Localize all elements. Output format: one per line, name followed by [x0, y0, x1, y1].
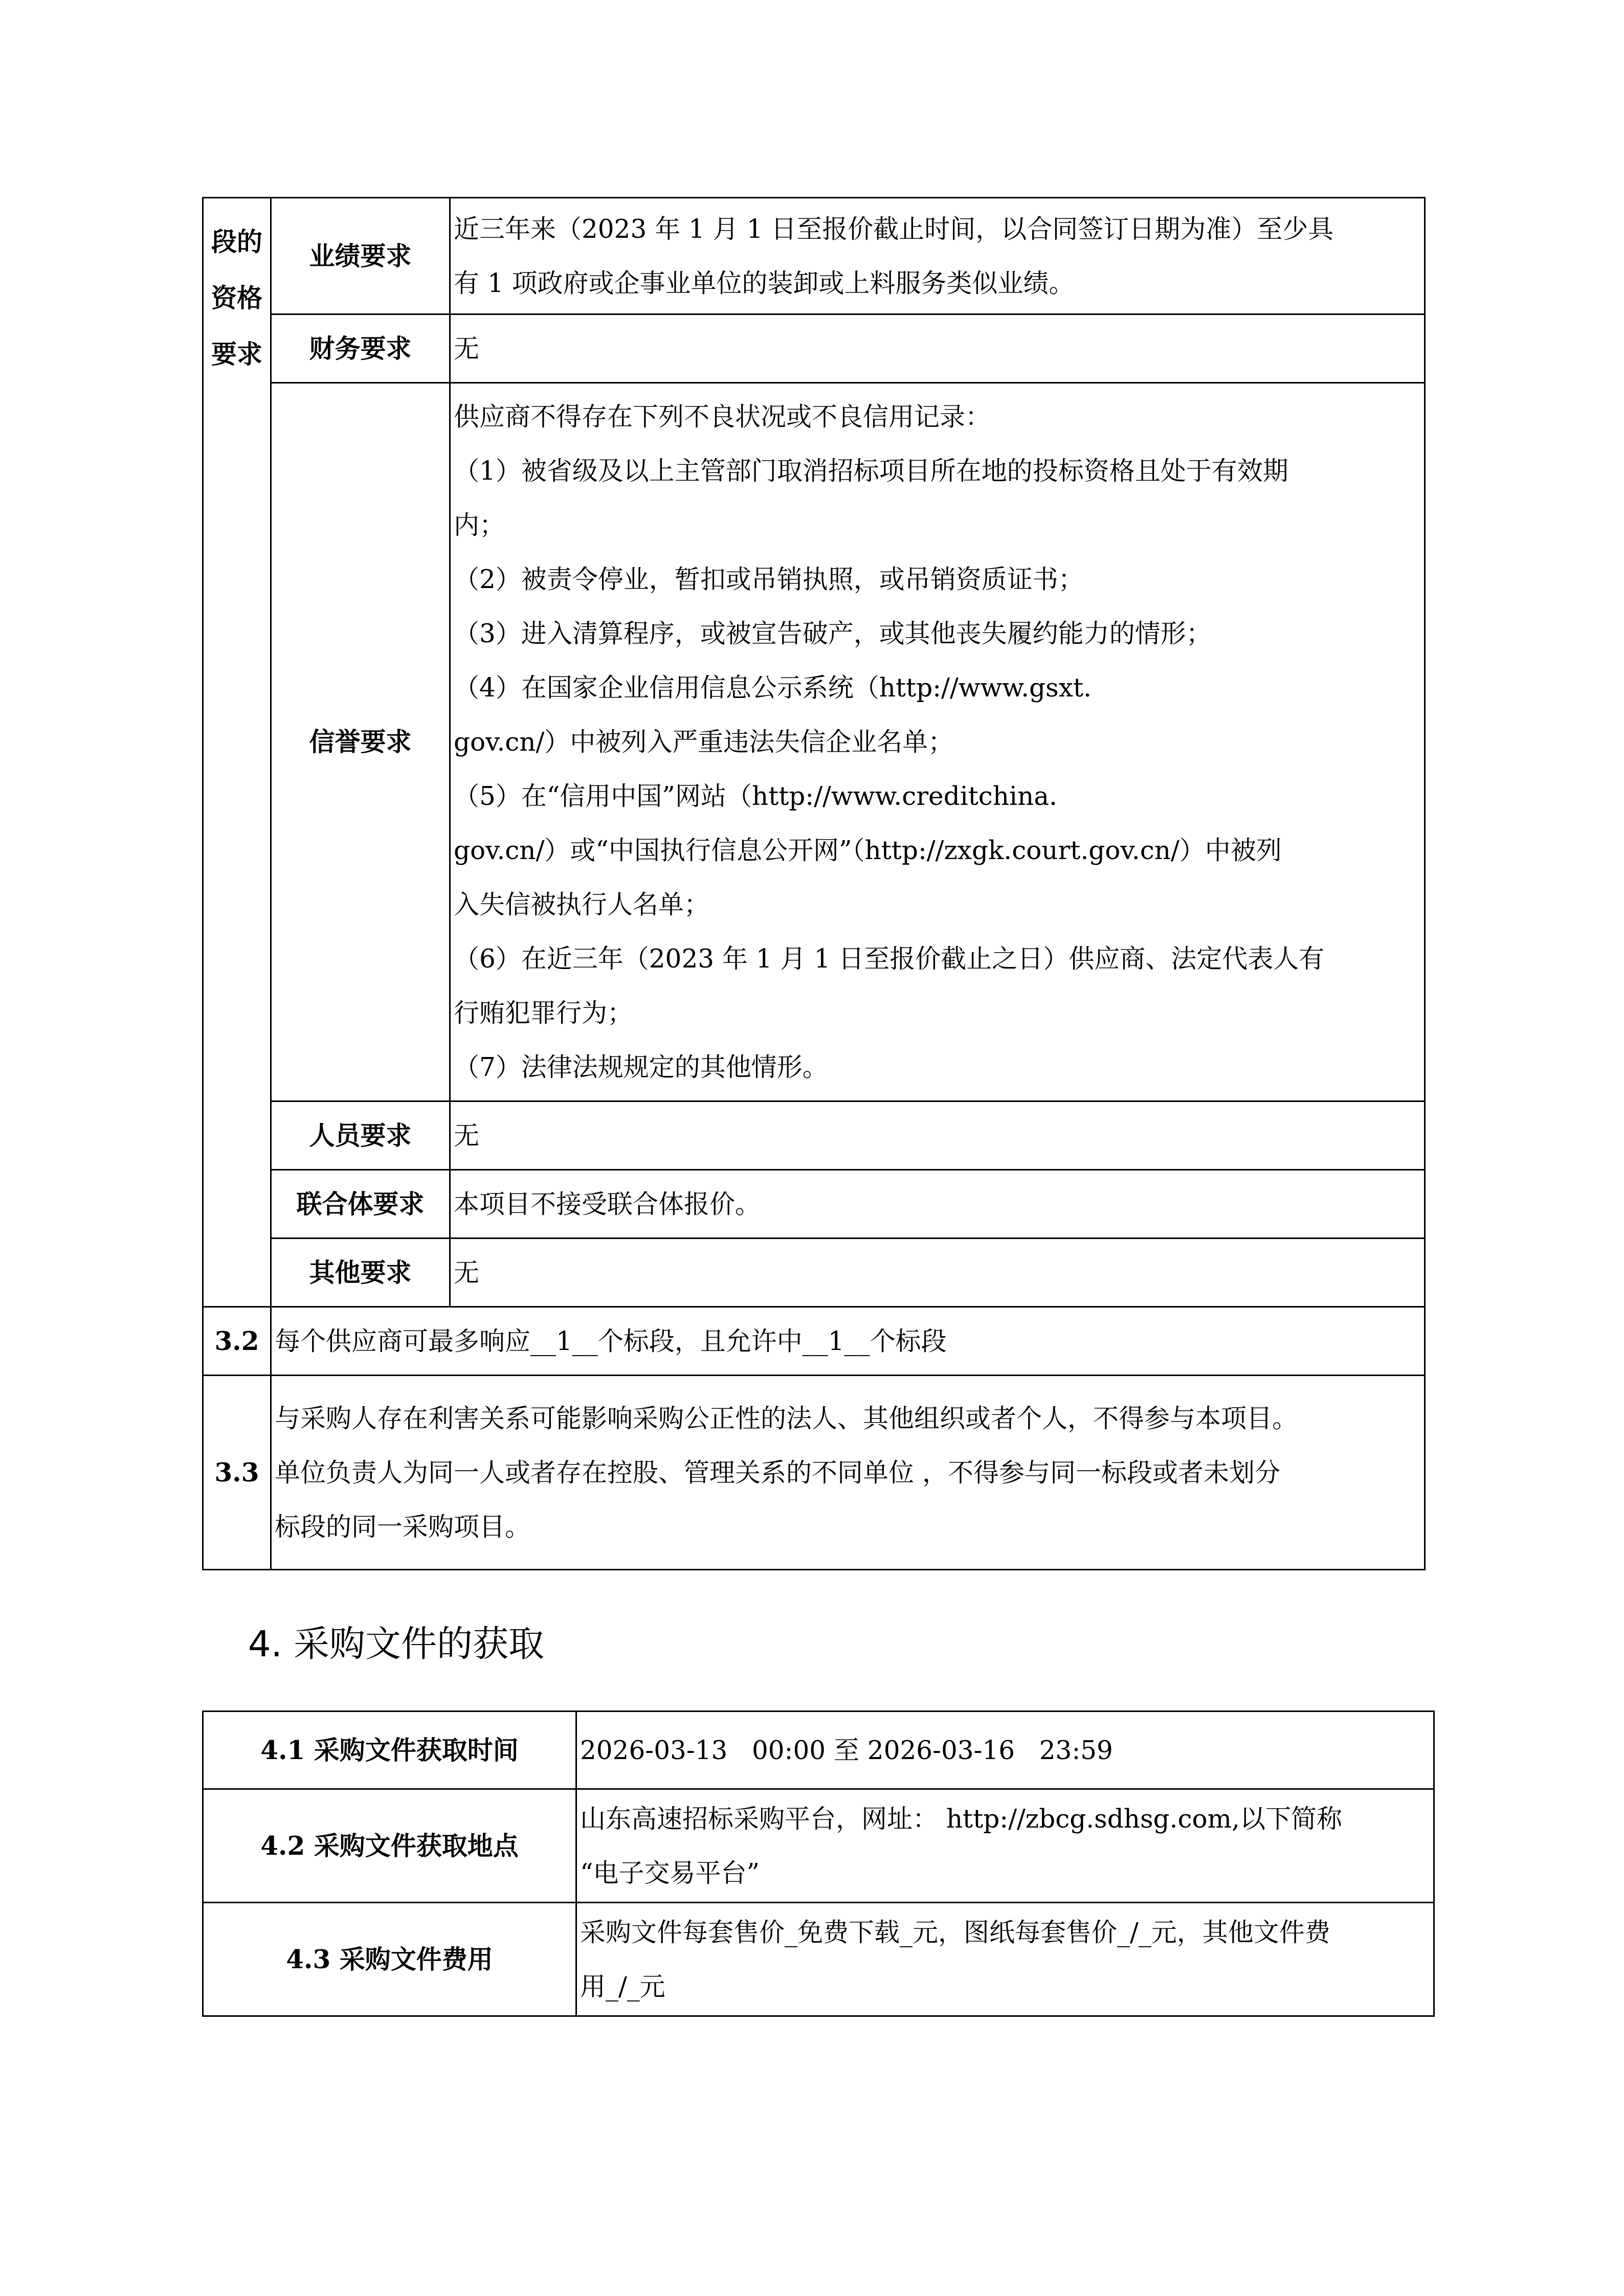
table-row-other: 其他要求 无 — [203, 1239, 1425, 1307]
row-value-personnel: 无 — [450, 1101, 1425, 1170]
value-line: gov.cn/）中被列入严重违法失信企业名单； — [454, 715, 1422, 769]
group-label-line: 段的 — [204, 214, 270, 270]
group-label-line: 要求 — [204, 326, 270, 382]
value-line: （2）被责令停业，暂扣或吊销执照，或吊销资质证书； — [454, 552, 1422, 606]
value-line: 与采购人存在利害关系可能影响采购公正性的法人、其他组织或者个人，不得参与本项目。 — [275, 1391, 1422, 1446]
value-line: 标段的同一采购项目。 — [275, 1500, 1422, 1554]
table-row-4-1: 4.1 采购文件获取时间 2026-03-13 00:00 至 2026-03-… — [203, 1712, 1434, 1789]
row-value-other: 无 — [450, 1239, 1425, 1307]
clause-text-part: 个标段 — [870, 1326, 947, 1356]
value-line: “电子交易平台” — [580, 1846, 1431, 1900]
value-line: 入失信被执行人名单； — [454, 877, 1422, 932]
value-line: 山东高速招标采购平台，网址： http://zbcg.sdhsg.com,以下简… — [580, 1792, 1431, 1846]
procurement-docs-table: 4.1 采购文件获取时间 2026-03-13 00:00 至 2026-03-… — [202, 1710, 1435, 2017]
value-line: 采购文件每套售价_免费下载_元，图纸每套售价_/_元，其他文件费 — [580, 1905, 1431, 1960]
value-line: （7）法律法规规定的其他情形。 — [454, 1040, 1422, 1094]
table-row-4-2: 4.2 采购文件获取地点 山东高速招标采购平台，网址： http://zbcg.… — [203, 1789, 1434, 1903]
row-label-finance: 财务要求 — [271, 314, 450, 383]
table-row-4-3: 4.3 采购文件费用 采购文件每套售价_免费下载_元，图纸每套售价_/_元，其他… — [203, 1903, 1434, 2016]
table-row-performance: 段的 资格 要求 业绩要求 近三年来（2023 年 1 月 1 日至报价截止时间… — [203, 198, 1425, 314]
clause-text-part: 每个供应商可最多响应 — [275, 1326, 530, 1356]
row-label-acquisition-place: 4.2 采购文件获取地点 — [203, 1789, 576, 1903]
value-line: 单位负责人为同一人或者存在控股、管理关系的不同单位 ，不得参与同一标段或者未划分 — [275, 1446, 1422, 1500]
row-value-acquisition-place: 山东高速招标采购平台，网址： http://zbcg.sdhsg.com,以下简… — [576, 1789, 1434, 1903]
clause-text-3-2: 每个供应商可最多响应__1__个标段，且允许中__1__个标段 — [271, 1307, 1425, 1376]
value-line: 近三年来（2023 年 1 月 1 日至报价截止时间，以合同签订日期为准）至少具 — [454, 202, 1422, 256]
value-line: 有 1 项政府或企事业单位的装卸或上料服务类似业绩。 — [454, 256, 1422, 310]
qualification-group-label: 段的 资格 要求 — [203, 198, 271, 1307]
row-label-personnel: 人员要求 — [271, 1101, 450, 1170]
bid-section-max-count: __1__ — [530, 1326, 598, 1356]
bid-section-win-count: __1__ — [803, 1326, 870, 1356]
row-value-credit: 供应商不得存在下列不良状况或不良信用记录： （1）被省级及以上主管部门取消招标项… — [450, 383, 1425, 1101]
table-row-credit: 信誉要求 供应商不得存在下列不良状况或不良信用记录： （1）被省级及以上主管部门… — [203, 383, 1425, 1101]
clause-number-3-2: 3.2 — [203, 1307, 271, 1376]
value-line: （6）在近三年（2023 年 1 月 1 日至报价截止之日）供应商、法定代表人有 — [454, 932, 1422, 986]
table-row-consortium: 联合体要求 本项目不接受联合体报价。 — [203, 1170, 1425, 1239]
row-value-finance: 无 — [450, 314, 1425, 383]
section-heading-procurement-docs: 4. 采购文件的获取 — [248, 1618, 544, 1670]
row-label-document-fee: 4.3 采购文件费用 — [203, 1903, 576, 2016]
value-line: （1）被省级及以上主管部门取消招标项目所在地的投标资格且处于有效期 — [454, 444, 1422, 498]
clause-text-part: 个标段，且允许中 — [598, 1326, 803, 1356]
clause-text-3-3: 与采购人存在利害关系可能影响采购公正性的法人、其他组织或者个人，不得参与本项目。… — [271, 1376, 1425, 1570]
value-line: 供应商不得存在下列不良状况或不良信用记录： — [454, 390, 1422, 444]
table-row-finance: 财务要求 无 — [203, 314, 1425, 383]
table-row-clause-3-2: 3.2 每个供应商可最多响应__1__个标段，且允许中__1__个标段 — [203, 1307, 1425, 1376]
row-label-acquisition-time: 4.1 采购文件获取时间 — [203, 1712, 576, 1789]
value-line: gov.cn/）或“中国执行信息公开网”（http://zxgk.court.g… — [454, 823, 1422, 877]
row-label-performance: 业绩要求 — [271, 198, 450, 314]
row-label-other: 其他要求 — [271, 1239, 450, 1307]
table-row-clause-3-3: 3.3 与采购人存在利害关系可能影响采购公正性的法人、其他组织或者个人，不得参与… — [203, 1376, 1425, 1570]
qualification-table: 段的 资格 要求 业绩要求 近三年来（2023 年 1 月 1 日至报价截止时间… — [202, 197, 1426, 1570]
row-value-performance: 近三年来（2023 年 1 月 1 日至报价截止时间，以合同签订日期为准）至少具… — [450, 198, 1425, 314]
value-line: （3）进入清算程序，或被宣告破产，或其他丧失履约能力的情形； — [454, 606, 1422, 661]
row-value-consortium: 本项目不接受联合体报价。 — [450, 1170, 1425, 1239]
row-label-consortium: 联合体要求 — [271, 1170, 450, 1239]
row-value-acquisition-time: 2026-03-13 00:00 至 2026-03-16 23:59 — [576, 1712, 1434, 1789]
value-line: 用_/_元 — [580, 1960, 1431, 2014]
row-value-document-fee: 采购文件每套售价_免费下载_元，图纸每套售价_/_元，其他文件费 用_/_元 — [576, 1903, 1434, 2016]
row-label-credit: 信誉要求 — [271, 383, 450, 1101]
value-line: 内； — [454, 498, 1422, 552]
value-line: 行贿犯罪行为； — [454, 986, 1422, 1040]
group-label-line: 资格 — [204, 270, 270, 326]
table-row-personnel: 人员要求 无 — [203, 1101, 1425, 1170]
clause-number-3-3: 3.3 — [203, 1376, 271, 1570]
value-line: （5）在“信用中国”网站（http://www.creditchina. — [454, 769, 1422, 823]
value-line: （4）在国家企业信用信息公示系统（http://www.gsxt. — [454, 661, 1422, 715]
